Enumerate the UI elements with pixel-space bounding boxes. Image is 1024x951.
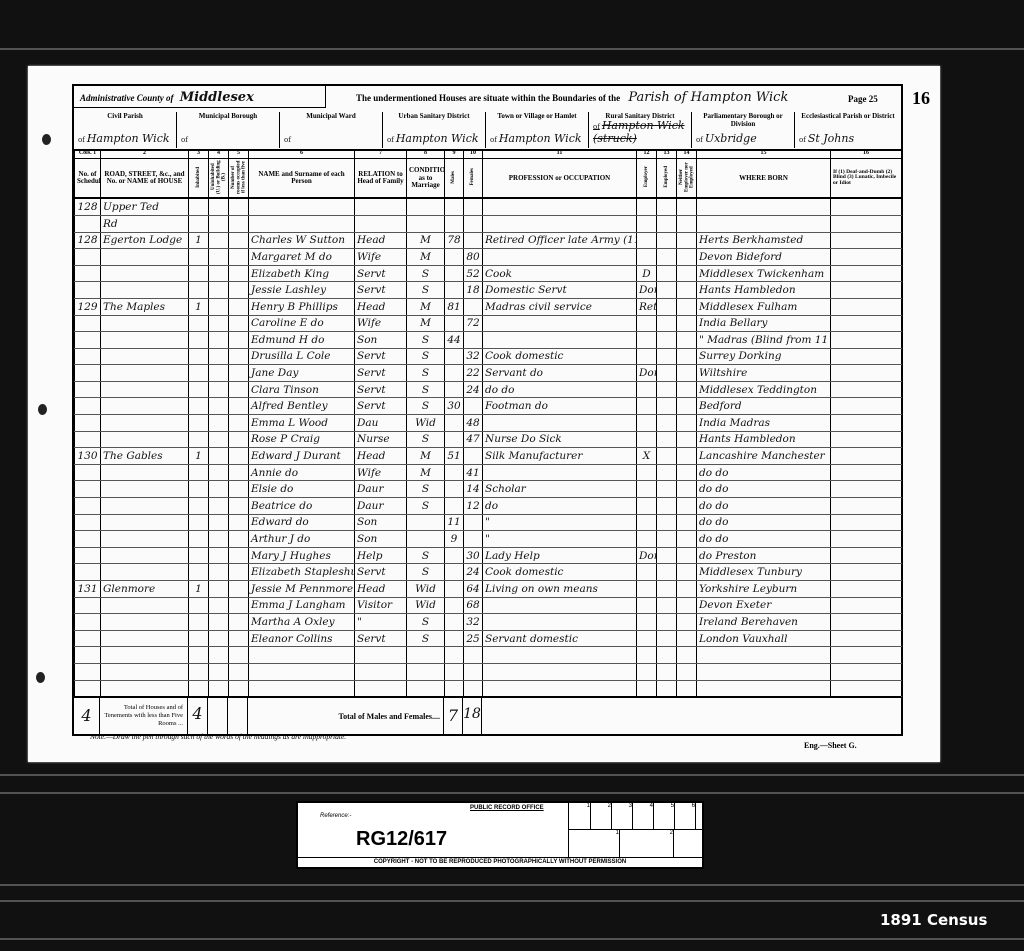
cell-m bbox=[445, 249, 464, 266]
cell-inh bbox=[189, 215, 209, 232]
cell-name: Beatrice do bbox=[249, 498, 355, 515]
cell-sched bbox=[75, 647, 101, 664]
cell-born: London Vauxhall bbox=[697, 630, 831, 647]
cell-blank bbox=[657, 514, 677, 531]
totals-row: 4 Total of Houses and of Tenements with … bbox=[74, 696, 901, 734]
cell-born bbox=[697, 215, 831, 232]
district-value: Uxbridge bbox=[705, 132, 757, 145]
cell-emp: D bbox=[637, 265, 657, 282]
cell-inf bbox=[831, 547, 902, 564]
admin-county-label: Administrative County of bbox=[80, 93, 174, 103]
cell-blank bbox=[209, 348, 229, 365]
col-number: 16 bbox=[831, 149, 902, 159]
cell-blank bbox=[657, 381, 677, 398]
cell-address bbox=[101, 614, 189, 631]
cell-cond: S bbox=[407, 481, 445, 498]
cell-blank bbox=[229, 415, 249, 432]
cell-sched: 128 bbox=[75, 198, 101, 215]
cell-occ bbox=[483, 332, 637, 349]
cell-inh bbox=[189, 680, 209, 697]
cell-born: Yorkshire Leyburn bbox=[697, 581, 831, 598]
cell-name: Clara Tinson bbox=[249, 381, 355, 398]
cell-occ bbox=[483, 215, 637, 232]
cell-inf bbox=[831, 464, 902, 481]
cell-inh bbox=[189, 431, 209, 448]
cell-blank bbox=[209, 215, 229, 232]
cell-inf bbox=[831, 514, 902, 531]
cell-rel: Wife bbox=[355, 249, 407, 266]
cell-blank bbox=[209, 547, 229, 564]
cell-f: 48 bbox=[464, 415, 483, 432]
cell-occ: Cook domestic bbox=[483, 564, 637, 581]
cell-m bbox=[445, 547, 464, 564]
district-label: Municipal Borough bbox=[177, 112, 279, 120]
cell-address: Upper Ted bbox=[101, 198, 189, 215]
cell-name: Margaret M do bbox=[249, 249, 355, 266]
cell-sched bbox=[75, 332, 101, 349]
cell-rel: Son bbox=[355, 514, 407, 531]
cell-blank bbox=[677, 498, 697, 515]
cell-emp bbox=[637, 498, 657, 515]
punch-hole bbox=[42, 134, 51, 145]
cell-emp bbox=[637, 630, 657, 647]
cell-occ: Lady Help bbox=[483, 547, 637, 564]
admin-county: Administrative County of Middlesex bbox=[74, 86, 326, 108]
cell-born: " Madras (Blind from 11 years of age) bbox=[697, 332, 831, 349]
cell-blank bbox=[229, 531, 249, 548]
cell-name: Edmund H do bbox=[249, 332, 355, 349]
cell-m bbox=[445, 564, 464, 581]
cell-cond: S bbox=[407, 547, 445, 564]
cell-born: Herts Berkhamsted bbox=[697, 232, 831, 249]
cell-cond: S bbox=[407, 365, 445, 382]
table-row: Martha A Oxley"S32Ireland Berehaven bbox=[75, 614, 902, 631]
total-schedules: 4 bbox=[74, 698, 100, 734]
cell-name: Elizabeth King bbox=[249, 265, 355, 282]
cell-occ bbox=[483, 680, 637, 697]
district-ecclesiastical: Ecclesiastical Parish or DistrictofSt Jo… bbox=[795, 112, 901, 148]
district-label: Urban Sanitary District bbox=[383, 112, 485, 120]
situate-label: The undermentioned Houses are situate wi… bbox=[356, 93, 620, 103]
cell-blank bbox=[209, 564, 229, 581]
district-municipal-borough: Municipal Boroughof bbox=[177, 112, 280, 148]
cell-m bbox=[445, 614, 464, 631]
cell-occ bbox=[483, 647, 637, 664]
cell-inh bbox=[189, 531, 209, 548]
cell-rel: Daur bbox=[355, 481, 407, 498]
total-houses: 4 bbox=[188, 698, 208, 734]
cell-emp bbox=[637, 680, 657, 697]
cell-name: Arthur J do bbox=[249, 531, 355, 548]
cell-blank bbox=[209, 481, 229, 498]
cell-blank bbox=[209, 381, 229, 398]
cell-inf bbox=[831, 597, 902, 614]
cell-blank bbox=[677, 547, 697, 564]
cell-blank bbox=[657, 647, 677, 664]
cell-blank bbox=[657, 531, 677, 548]
cell-address bbox=[101, 348, 189, 365]
cell-born: Middlesex Fulham bbox=[697, 298, 831, 315]
cell-blank bbox=[209, 415, 229, 432]
cell-sched bbox=[75, 630, 101, 647]
table-row: Edward doSon11"do do bbox=[75, 514, 902, 531]
cell-address bbox=[101, 315, 189, 332]
cell-inh bbox=[189, 315, 209, 332]
cell-sched bbox=[75, 663, 101, 680]
cell-inf bbox=[831, 564, 902, 581]
cell-sched bbox=[75, 282, 101, 299]
cell-inf bbox=[831, 282, 902, 299]
admin-county-value: Middlesex bbox=[180, 90, 254, 105]
cell-blank bbox=[229, 381, 249, 398]
cell-f: 24 bbox=[464, 564, 483, 581]
cell-rel: Help bbox=[355, 547, 407, 564]
cell-rel: Head bbox=[355, 232, 407, 249]
cell-emp bbox=[637, 564, 657, 581]
cell-f bbox=[464, 531, 483, 548]
table-row: Edmund H doSonS44" Madras (Blind from 11… bbox=[75, 332, 902, 349]
cell-emp bbox=[637, 232, 657, 249]
cell-sched bbox=[75, 498, 101, 515]
cell-blank bbox=[677, 282, 697, 299]
header-rooms: Number of rooms occupied if less than fi… bbox=[229, 159, 249, 199]
cell-blank bbox=[229, 315, 249, 332]
cell-rel bbox=[355, 647, 407, 664]
cell-blank bbox=[657, 232, 677, 249]
cell-blank bbox=[677, 332, 697, 349]
cell-name: Drusilla L Cole bbox=[249, 348, 355, 365]
cell-blank bbox=[677, 663, 697, 680]
district-value: Hampton Wick (struck) bbox=[593, 119, 685, 145]
cell-inf bbox=[831, 365, 902, 382]
cell-cond bbox=[407, 647, 445, 664]
district-value: Hampton Wick bbox=[396, 132, 479, 145]
cell-emp: X bbox=[637, 448, 657, 465]
cell-emp bbox=[637, 514, 657, 531]
cell-blank bbox=[657, 597, 677, 614]
district-civil-parish: Civil ParishofHampton Wick bbox=[74, 112, 177, 148]
cell-inh bbox=[189, 498, 209, 515]
cell-inh bbox=[189, 348, 209, 365]
cell-born: Middlesex Twickenham bbox=[697, 265, 831, 282]
cell-blank bbox=[677, 464, 697, 481]
cell-name: Caroline E do bbox=[249, 315, 355, 332]
form-header: Administrative County of Middlesex The u… bbox=[74, 86, 901, 151]
sheet-type: Eng.—Sheet G. bbox=[804, 741, 857, 750]
cell-born: Devon Exeter bbox=[697, 597, 831, 614]
table-row: Emma J LanghamVisitorWid68Devon Exeter bbox=[75, 597, 902, 614]
cell-name bbox=[249, 680, 355, 697]
cell-cond: Wid bbox=[407, 581, 445, 598]
cell-blank bbox=[229, 348, 249, 365]
cell-blank bbox=[209, 531, 229, 548]
cell-inf bbox=[831, 680, 902, 697]
cell-cond: M bbox=[407, 232, 445, 249]
cell-inh bbox=[189, 564, 209, 581]
reference-prefix: Reference:- bbox=[320, 813, 351, 819]
cell-rel: Son bbox=[355, 531, 407, 548]
cell-inh: 1 bbox=[189, 448, 209, 465]
cell-blank bbox=[209, 630, 229, 647]
cell-f: 24 bbox=[464, 381, 483, 398]
cell-sched: 131 bbox=[75, 581, 101, 598]
ruler-mark: 5 bbox=[653, 803, 675, 829]
cell-blank bbox=[229, 647, 249, 664]
cell-born bbox=[697, 198, 831, 215]
cell-rel: Daur bbox=[355, 498, 407, 515]
cell-f bbox=[464, 332, 483, 349]
cell-rel: Head bbox=[355, 581, 407, 598]
district-label: Civil Parish bbox=[74, 112, 176, 120]
cell-rel: Servt bbox=[355, 282, 407, 299]
cell-born: Lancashire Manchester bbox=[697, 448, 831, 465]
cell-cond: S bbox=[407, 265, 445, 282]
table-row: 129The Maples1Henry B PhillipsHeadM81Mad… bbox=[75, 298, 902, 315]
district-value: Hampton Wick bbox=[87, 132, 170, 145]
cell-emp bbox=[637, 614, 657, 631]
cell-f bbox=[464, 680, 483, 697]
cell-blank bbox=[657, 282, 677, 299]
cell-inf bbox=[831, 448, 902, 465]
cell-blank bbox=[229, 481, 249, 498]
cell-inh bbox=[189, 249, 209, 266]
cell-blank bbox=[677, 365, 697, 382]
cell-blank bbox=[657, 581, 677, 598]
cell-address bbox=[101, 398, 189, 415]
cell-blank bbox=[209, 198, 229, 215]
cell-f: 18 bbox=[464, 282, 483, 299]
cell-blank bbox=[209, 614, 229, 631]
cell-emp bbox=[637, 198, 657, 215]
cell-sched bbox=[75, 348, 101, 365]
cell-blank bbox=[209, 464, 229, 481]
ruler-mark: 6 bbox=[674, 803, 696, 829]
cell-sched bbox=[75, 315, 101, 332]
cell-address bbox=[101, 464, 189, 481]
cell-emp bbox=[637, 481, 657, 498]
cell-sched: 128 bbox=[75, 232, 101, 249]
cell-blank bbox=[229, 232, 249, 249]
cell-blank bbox=[677, 298, 697, 315]
cell-m bbox=[445, 348, 464, 365]
cell-inh bbox=[189, 415, 209, 432]
cell-blank bbox=[657, 415, 677, 432]
cell-emp bbox=[637, 215, 657, 232]
cell-blank bbox=[677, 680, 697, 697]
cell-occ: do do bbox=[483, 381, 637, 398]
cell-rel: Servt bbox=[355, 265, 407, 282]
table-row: Margaret M doWifeM80Devon Bideford bbox=[75, 249, 902, 266]
cell-rel bbox=[355, 198, 407, 215]
cell-blank bbox=[209, 663, 229, 680]
cell-address bbox=[101, 531, 189, 548]
cell-inf bbox=[831, 381, 902, 398]
cell-blank bbox=[209, 581, 229, 598]
table-row: Eleanor CollinsServtS25Servant domesticL… bbox=[75, 630, 902, 647]
cell-blank bbox=[657, 249, 677, 266]
cell-blank bbox=[657, 198, 677, 215]
cell-address: The Maples bbox=[101, 298, 189, 315]
cell-inf bbox=[831, 198, 902, 215]
cell-name: Martha A Oxley bbox=[249, 614, 355, 631]
cell-address bbox=[101, 265, 189, 282]
cell-cond: Wid bbox=[407, 415, 445, 432]
cell-m bbox=[445, 315, 464, 332]
header-females: Females bbox=[464, 159, 483, 199]
cell-f: 32 bbox=[464, 614, 483, 631]
col-number: 12 bbox=[637, 149, 657, 159]
reference-label: Reference:- PUBLIC RECORD OFFICE RG12/61… bbox=[296, 801, 704, 869]
cell-blank bbox=[209, 680, 229, 697]
cell-sched bbox=[75, 365, 101, 382]
cell-f bbox=[464, 663, 483, 680]
col-number: 14 bbox=[677, 149, 697, 159]
cell-m bbox=[445, 597, 464, 614]
cell-rel: Servt bbox=[355, 564, 407, 581]
cell-born: India Bellary bbox=[697, 315, 831, 332]
cell-blank bbox=[229, 365, 249, 382]
header-employed: Employed bbox=[657, 159, 677, 199]
cell-sched: 130 bbox=[75, 448, 101, 465]
cell-inh bbox=[189, 265, 209, 282]
table-row: Drusilla L ColeServtS32Cook domesticSurr… bbox=[75, 348, 902, 365]
cell-cond: M bbox=[407, 298, 445, 315]
census-table: Cols. 1 2 3 4 5 6 7 8 9 10 11 12 13 14 bbox=[74, 149, 901, 697]
total-persons-label: Total of Males and Females.... bbox=[248, 698, 444, 734]
cell-m bbox=[445, 381, 464, 398]
folio-number: 16 bbox=[912, 88, 930, 109]
header-employer: Employer bbox=[637, 159, 657, 199]
ruler-mark: 3 bbox=[611, 803, 633, 829]
census-form: Administrative County of Middlesex The u… bbox=[72, 84, 903, 736]
cell-emp bbox=[637, 597, 657, 614]
cell-blank bbox=[657, 614, 677, 631]
ruler-inch-scale: 1 2 bbox=[569, 829, 703, 858]
cell-address bbox=[101, 381, 189, 398]
cell-rel: Head bbox=[355, 298, 407, 315]
cell-address bbox=[101, 498, 189, 515]
cell-f: 14 bbox=[464, 481, 483, 498]
cell-inh bbox=[189, 597, 209, 614]
total-blank bbox=[208, 698, 228, 734]
cell-occ: Servant domestic bbox=[483, 630, 637, 647]
cell-name: Annie do bbox=[249, 464, 355, 481]
cell-blank bbox=[677, 581, 697, 598]
table-row: Mary J HughesHelpS30Lady HelpDomdo Prest… bbox=[75, 547, 902, 564]
cell-address: Glenmore bbox=[101, 581, 189, 598]
cell-f: 22 bbox=[464, 365, 483, 382]
cell-blank bbox=[229, 265, 249, 282]
cell-blank bbox=[209, 647, 229, 664]
cell-inf bbox=[831, 315, 902, 332]
cell-blank bbox=[677, 448, 697, 465]
cell-emp bbox=[637, 431, 657, 448]
cell-address bbox=[101, 647, 189, 664]
cell-m bbox=[445, 498, 464, 515]
cell-m: 44 bbox=[445, 332, 464, 349]
cell-blank bbox=[209, 249, 229, 266]
table-row: Elizabeth StapleshurstServtS24Cook domes… bbox=[75, 564, 902, 581]
header-inhabited-text: Inhabited bbox=[196, 167, 201, 188]
cell-m bbox=[445, 680, 464, 697]
cell-occ bbox=[483, 249, 637, 266]
cell-m bbox=[445, 431, 464, 448]
district-rural-sanitary: Rural Sanitary DistrictofHampton Wick (s… bbox=[589, 112, 692, 148]
cell-blank bbox=[657, 431, 677, 448]
cell-blank bbox=[209, 315, 229, 332]
cell-blank bbox=[677, 415, 697, 432]
cell-address: Egerton Lodge bbox=[101, 232, 189, 249]
cell-m bbox=[445, 630, 464, 647]
cell-blank bbox=[677, 348, 697, 365]
cell-occ bbox=[483, 597, 637, 614]
cell-blank bbox=[677, 431, 697, 448]
cell-rel: Nurse bbox=[355, 431, 407, 448]
ruler-mark: 2 bbox=[590, 803, 612, 829]
cell-inf bbox=[831, 348, 902, 365]
cell-cond: M bbox=[407, 464, 445, 481]
cell-cond bbox=[407, 198, 445, 215]
cell-address bbox=[101, 680, 189, 697]
cell-born: Surrey Dorking bbox=[697, 348, 831, 365]
cell-sched bbox=[75, 415, 101, 432]
cell-born: do do bbox=[697, 531, 831, 548]
col-number: 8 bbox=[407, 149, 445, 159]
cell-address bbox=[101, 431, 189, 448]
cell-sched bbox=[75, 564, 101, 581]
cell-f: 41 bbox=[464, 464, 483, 481]
cell-inh bbox=[189, 398, 209, 415]
cell-blank bbox=[209, 232, 229, 249]
cell-occ: Cook domestic bbox=[483, 348, 637, 365]
cell-sched bbox=[75, 431, 101, 448]
cell-born: Ireland Berehaven bbox=[697, 614, 831, 631]
cell-blank bbox=[229, 298, 249, 315]
table-row: 128Upper Ted bbox=[75, 198, 902, 215]
cell-born bbox=[697, 663, 831, 680]
cell-inf bbox=[831, 232, 902, 249]
cell-blank bbox=[657, 481, 677, 498]
cell-born: do do bbox=[697, 481, 831, 498]
cell-sched bbox=[75, 265, 101, 282]
cell-name bbox=[249, 663, 355, 680]
header-neither-text: Neither Employer nor Employed bbox=[679, 159, 695, 195]
cell-m: 9 bbox=[445, 531, 464, 548]
cell-cond bbox=[407, 215, 445, 232]
cell-blank bbox=[657, 630, 677, 647]
cell-sched bbox=[75, 597, 101, 614]
cell-m: 11 bbox=[445, 514, 464, 531]
cell-name: Elsie do bbox=[249, 481, 355, 498]
record-office: PUBLIC RECORD OFFICE bbox=[470, 805, 544, 811]
cell-inf bbox=[831, 298, 902, 315]
cell-blank bbox=[209, 514, 229, 531]
district-parliamentary: Parliamentary Borough or DivisionofUxbri… bbox=[692, 112, 795, 148]
cell-inf bbox=[831, 663, 902, 680]
cell-address: The Gables bbox=[101, 448, 189, 465]
cell-address bbox=[101, 663, 189, 680]
cell-cond: M bbox=[407, 249, 445, 266]
header-schedule: No. of Schedule bbox=[75, 159, 101, 199]
cell-inf bbox=[831, 249, 902, 266]
col-number: 10 bbox=[464, 149, 483, 159]
cell-emp: Dom bbox=[637, 547, 657, 564]
cell-blank bbox=[657, 298, 677, 315]
district-label: Municipal Ward bbox=[280, 112, 382, 120]
cell-m bbox=[445, 198, 464, 215]
table-row: Elizabeth KingServtS52CookDMiddlesex Twi… bbox=[75, 265, 902, 282]
cell-cond: S bbox=[407, 381, 445, 398]
